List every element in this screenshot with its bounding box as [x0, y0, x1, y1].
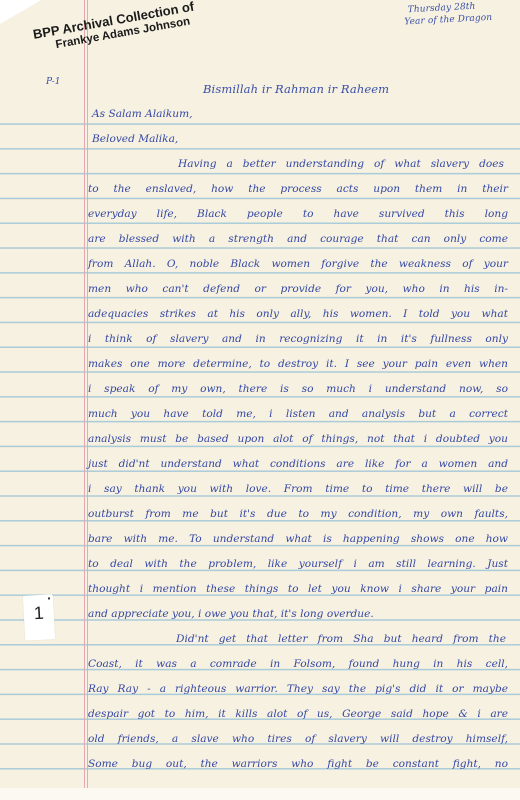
- letter-line: old friends, a slave who tires of slaver…: [88, 733, 508, 745]
- letter-line: much you have told me, i listen and anal…: [88, 408, 508, 420]
- letter-line: to the enslaved, how the process acts up…: [88, 183, 508, 195]
- letter-salutation: Beloved Malika,: [92, 133, 512, 145]
- letter-greeting: As Salam Alaikum,: [92, 108, 512, 120]
- letter-line: just did'nt understand what conditions a…: [88, 458, 508, 470]
- page-bottom-edge: [0, 788, 520, 800]
- tag-label: 1: [33, 603, 44, 624]
- letter-line: bare with me. To understand what is happ…: [88, 533, 508, 545]
- margin-line-inner: [87, 0, 88, 790]
- letter-line: Ray Ray - a righteous warrior. They say …: [88, 683, 508, 695]
- letter-line: and appreciate you, i owe you that, it's…: [88, 608, 508, 620]
- letter-line: i think of slavery and in recognizing it…: [88, 333, 508, 345]
- letter-line: Did'nt get that letter from Sha but hear…: [176, 633, 506, 645]
- letter-line: Having a better understanding of what sl…: [178, 158, 504, 170]
- letter-line: to deal with the problem, like yourself …: [88, 558, 508, 570]
- letter-line: i say thank you with love. From time to …: [88, 483, 508, 495]
- letter-header: Bismillah ir Rahman ir Raheem: [203, 82, 389, 96]
- letter-date: Thursday 28th Year of the Dragon: [407, 0, 492, 28]
- page-label: P-1: [46, 77, 61, 87]
- letter-line: are blessed with a strength and courage …: [88, 233, 508, 245]
- letter-line: outburst from me but it's due to my cond…: [88, 508, 508, 520]
- margin-line: [84, 0, 85, 790]
- tag-dot: [48, 597, 50, 599]
- letter-line: everyday life, Black people to have surv…: [88, 208, 508, 220]
- letter-line: despair got to him, it kills alot of us,…: [88, 708, 508, 720]
- letter-line: from Allah. O, noble Black women forgive…: [88, 258, 508, 270]
- letter-line: adequacies strikes at his only ally, his…: [88, 308, 508, 320]
- letter-line: thought i mention these things to let yo…: [88, 583, 508, 595]
- letter-line: analysis must be based upon alot of thin…: [88, 433, 508, 445]
- letter-line: Coast, it was a comrade in Folsom, found…: [88, 658, 508, 670]
- sticky-tag: 1: [23, 594, 55, 641]
- letter-line: Some bug out, the warriors who fight be …: [88, 758, 508, 770]
- letter-line: makes one more determine, to destroy it.…: [88, 358, 508, 370]
- letter-page: BPP Archival Collection of Frankye Adams…: [0, 0, 520, 800]
- letter-line: men who can't defend or provide for you,…: [88, 283, 508, 295]
- letter-line: i speak of my own, there is so much i un…: [88, 383, 508, 395]
